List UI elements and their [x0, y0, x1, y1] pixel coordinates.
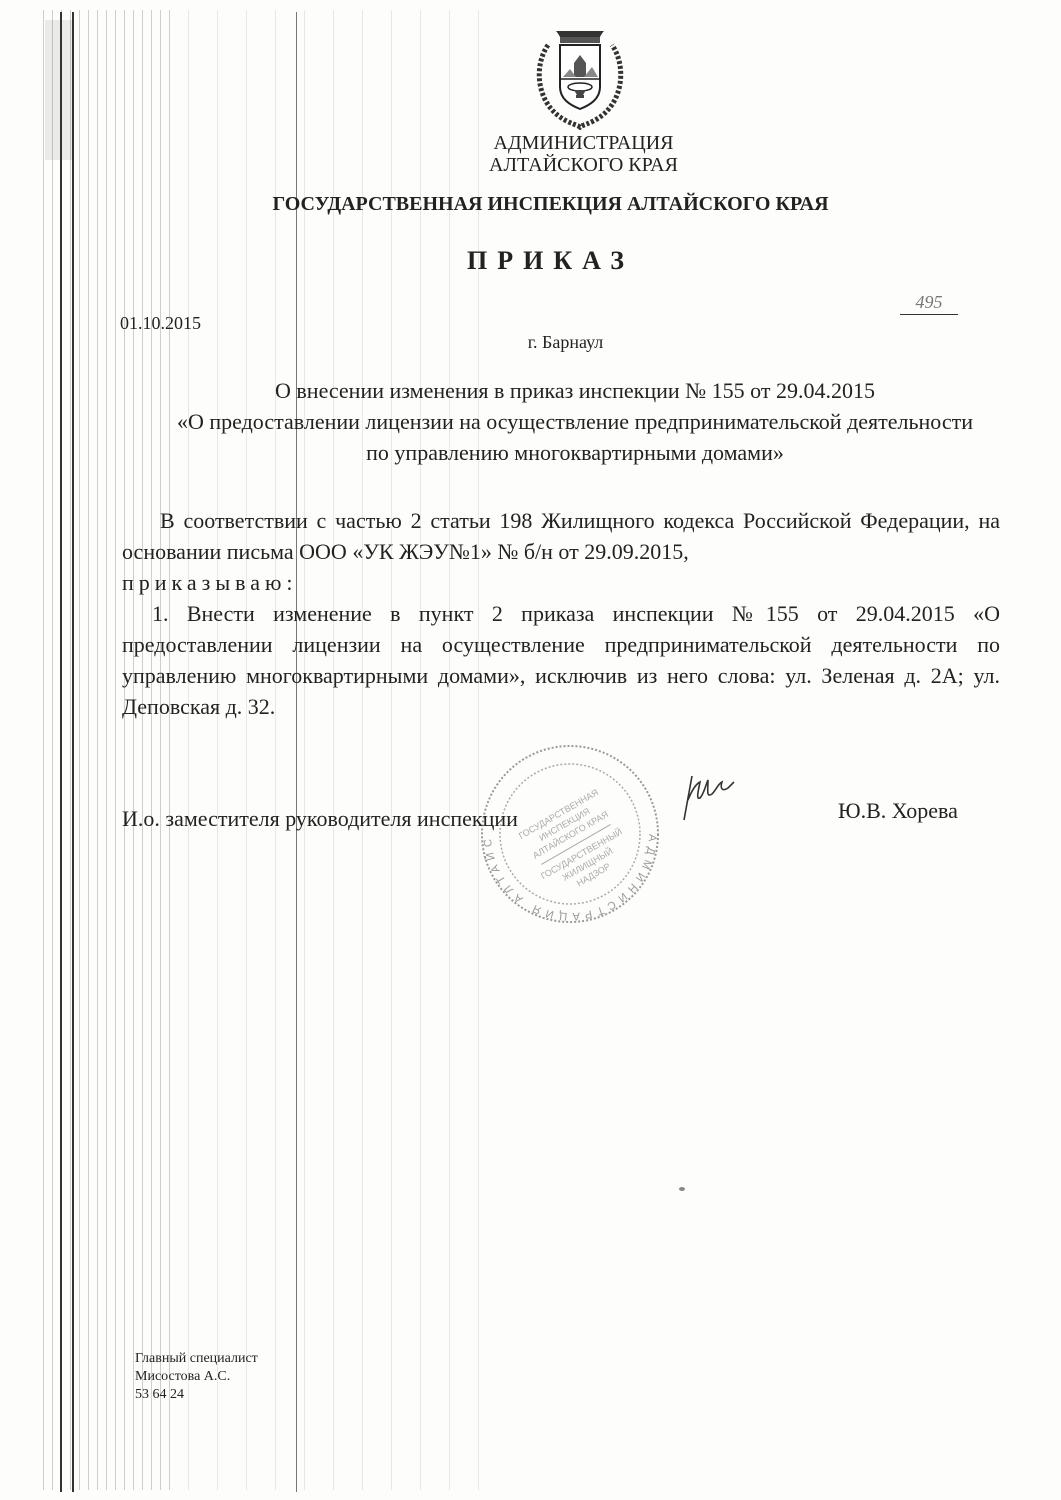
document-city: г. Барнаул [0, 332, 1061, 353]
official-stamp: АДМИНИСТРАЦИЯ АЛТАЙСКОГО КРАЯ ГОСУДАРСТВ… [478, 742, 663, 927]
subject-line: по управлению многоквартирными домами» [110, 437, 1040, 468]
subject-line: О внесении изменения в приказ инспекции … [110, 375, 1040, 406]
document-date: 01.10.2015 [120, 313, 201, 334]
handwritten-signature-icon [678, 770, 738, 825]
registration-number: 495 [900, 290, 958, 315]
coat-of-arms-icon [530, 25, 630, 130]
inspection-title: ГОСУДАРСТВЕННАЯ ИНСПЕКЦИЯ АЛТАЙСКОГО КРА… [0, 193, 1061, 216]
order-word: приказываю: [122, 567, 1000, 598]
executor-name: Мисостова А.С. [135, 1368, 258, 1386]
document-body: В соответствии с частью 2 статьи 198 Жил… [122, 505, 1000, 722]
order-item: 1. Внести изменение в пункт 2 приказа ин… [122, 598, 1000, 722]
scan-artifact-lines-light [160, 10, 500, 1490]
document-subject: О внесении изменения в приказ инспекции … [110, 375, 1040, 468]
scan-artifact-bar [296, 12, 297, 1492]
signer-role: И.о. заместителя руководителя инспекции [122, 806, 518, 832]
executor-title: Главный специалист [135, 1350, 258, 1368]
signer-name: Ю.В. Хорева [838, 798, 958, 824]
scan-artifact-bar [60, 12, 62, 1492]
subject-line: «О предоставлении лицензии на осуществле… [110, 406, 1040, 437]
executor-phone: 53 64 24 [135, 1386, 258, 1404]
executor-info: Главный специалист Мисостова А.С. 53 64 … [135, 1350, 258, 1404]
document-type: ПРИКАЗ [0, 246, 1061, 276]
administration-region: АЛТАЙСКОГО КРАЯ [53, 154, 1061, 176]
scan-artifact-bar [72, 12, 74, 1492]
administration-title: АДМИНИСТРАЦИЯ [53, 132, 1061, 154]
scan-artifact-dot [679, 1187, 685, 1191]
preamble: В соответствии с частью 2 статьи 198 Жил… [122, 505, 1000, 567]
